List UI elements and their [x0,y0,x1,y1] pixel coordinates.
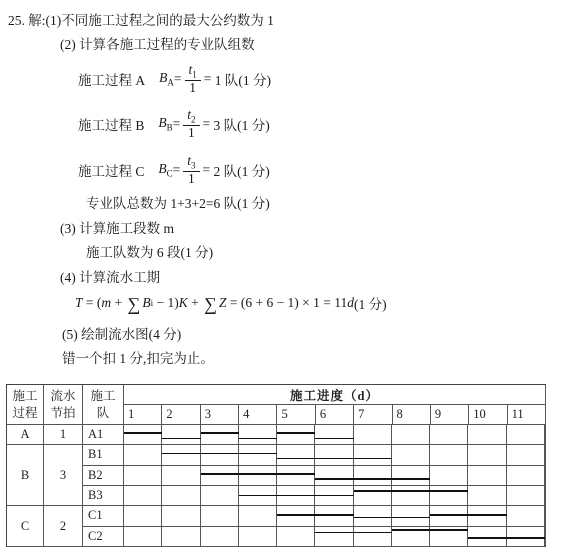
day-cell [392,466,430,485]
day-cell [507,425,545,444]
gantt-bar [392,529,469,531]
total-crews-line: 专业队总数为 1+3+2=6 队(1 分) [86,192,270,212]
day-cell [124,445,162,464]
crew-cell: A1 [83,425,124,445]
sum-symbol: ∑ [128,295,141,313]
gantt-bar [239,438,277,440]
schedule-table: 施工 过程 流水 节拍 施工 队 施工进度（d） 1234567891011A1… [6,384,546,547]
process-b-result-text: 3 队(1 分) [214,114,270,134]
var-K: K [179,295,188,311]
day-cell [507,445,545,464]
header-text: 节拍 [50,405,75,421]
header-text: 队 [97,405,110,421]
process-b-label: 施工过程 B [78,114,144,134]
day-header: 7 [354,405,392,425]
day-cell [201,445,239,464]
solution-intro-line: 25. 解:(1)不同施工过程之间的最大公约数为 1 [8,9,274,29]
step4-title: (4) 计算流水工期 [60,266,160,286]
fraction: t31 [183,154,199,186]
crew-cell: B1 [83,445,124,465]
day-cell [468,506,506,525]
day-cell [430,466,468,485]
gantt-bar [239,495,354,497]
step5-title: (5) 绘制流水图(4 分) [62,323,181,343]
fraction: t11 [185,63,201,95]
header-text: 流水 [50,388,75,404]
day-cell [277,425,315,444]
crew-cell: C2 [83,527,124,547]
day-cell [354,466,392,485]
day-cell [162,445,200,464]
process-c-result-text: 2 队(1 分) [214,160,270,180]
header-tempo-column: 流水 节拍 [44,385,83,425]
day-cell [201,425,239,444]
step3-title: (3) 计算施工段数 m [60,217,174,237]
day-header: 8 [393,405,431,425]
day-cell [201,527,239,546]
day-header: 9 [431,405,469,425]
gantt-bar [124,432,162,434]
day-cell [468,425,506,444]
day-header: 2 [162,405,200,425]
day-cell [507,527,545,546]
day-cell [315,506,353,525]
process-cell: C [7,506,44,547]
day-cell [468,466,506,485]
var-T: T [75,295,83,311]
process-a-bsym: BA [159,70,174,88]
formula-text: + [111,295,125,311]
equals-sign: = [173,116,181,132]
process-a-label: 施工过程 A [78,69,145,89]
tempo-cell: 1 [44,425,83,445]
day-cell [392,425,430,444]
header-text: 施工 [90,388,115,404]
formula-score: (1 分) [354,293,387,313]
day-cell [201,466,239,485]
equals-sign: = [204,71,212,87]
day-cell [239,466,277,485]
header-text: 施工 [12,388,37,404]
day-cell [430,445,468,464]
day-cell [315,527,353,546]
day-header: 5 [277,405,315,425]
day-cell [124,425,162,444]
gantt-bar [162,453,277,455]
fraction-denominator: 1 [188,126,195,140]
process-c-formula: 施工过程 C BC = t31 = 2 队(1 分) [78,151,270,189]
day-cell [124,527,162,546]
gantt-bar [430,514,507,516]
day-header: 4 [239,405,277,425]
day-cell [277,466,315,485]
gantt-bar [277,514,354,516]
header-progress: 施工进度（d） [124,385,546,405]
schedule-row [124,425,546,445]
crew-cell: B2 [83,466,124,486]
fraction-numerator: t1 [185,63,201,81]
gantt-bar [354,517,431,519]
tempo-cell: 3 [44,445,83,506]
fraction-numerator: t3 [183,154,199,172]
process-cell: B [7,445,44,506]
header-text: 过程 [12,405,37,421]
gantt-bar [315,532,392,534]
day-cell [507,486,545,505]
day-cell [468,445,506,464]
fraction: t21 [183,108,199,140]
day-cell [162,506,200,525]
day-cell [124,466,162,485]
day-cell [239,425,277,444]
day-cell [354,425,392,444]
gantt-bar [201,432,239,434]
day-cell [430,486,468,505]
duration-formula: T = (m + ∑Bi − 1)K + ∑Z = (6 + 6 − 1) × … [75,291,387,315]
crew-cell: C1 [83,506,124,526]
day-cell [201,506,239,525]
day-cell [124,506,162,525]
process-b-formula: 施工过程 B BB = t21 = 3 队(1 分) [78,105,270,143]
day-header: 1 [124,405,162,425]
segments-line: 施工队数为 6 段(1 分) [86,241,213,261]
formula-text: = (6 + 6 − 1) × 1 = 11 [226,295,347,311]
process-b-bsym: BB [158,115,172,133]
day-cell [162,486,200,505]
day-cell [392,486,430,505]
var-d: d [347,295,354,311]
gantt-bar [354,490,469,492]
day-cell [507,506,545,525]
fraction-denominator: 1 [188,172,195,186]
day-cell [354,486,392,505]
process-a-result-text: 1 队(1 分) [215,69,271,89]
day-header: 6 [316,405,354,425]
equals-sign: = [203,116,211,132]
sum-symbol: ∑ [204,295,217,313]
day-cell [277,527,315,546]
gantt-bar [277,458,392,460]
crew-cell: B3 [83,486,124,506]
fraction-numerator: t2 [183,108,199,126]
day-cell [162,527,200,546]
schedule-row [124,486,546,506]
var-m: m [101,295,111,311]
day-cell [430,506,468,525]
var-B: B [142,295,150,311]
day-cell [239,506,277,525]
equals-sign: = [173,162,181,178]
formula-text: = ( [83,295,102,311]
formula-text: + [188,295,202,311]
day-cell [315,466,353,485]
header-process-column: 施工 过程 [7,385,44,425]
equals-sign: = [174,71,182,87]
process-c-label: 施工过程 C [78,160,144,180]
gantt-bar [315,478,430,480]
day-cell [315,425,353,444]
header-crew-column: 施工 队 [83,385,124,425]
process-cell: A [7,425,44,445]
var-Z: Z [219,295,227,311]
day-cell [162,466,200,485]
day-cell [124,486,162,505]
day-cell [239,527,277,546]
process-a-formula: 施工过程 A BA = t11 = 1 队(1 分) [78,60,271,98]
day-cell [315,445,353,464]
day-cell [201,486,239,505]
step2-title: (2) 计算各施工过程的专业队组数 [60,33,255,53]
gantt-bar [162,438,200,440]
day-cell [277,445,315,464]
day-cell [239,445,277,464]
day-cell [354,445,392,464]
day-cell [468,486,506,505]
gantt-bar [201,473,316,475]
day-cell [354,527,392,546]
day-header: 10 [469,405,507,425]
equals-sign: = [203,162,211,178]
process-c-bsym: BC [158,161,172,179]
day-cell [468,527,506,546]
gantt-bar [277,432,315,434]
gantt-bar [315,438,353,440]
tempo-cell: 2 [44,506,83,547]
schedule-row [124,506,546,526]
grading-note: 错一个扣 1 分,扣完为止。 [62,347,214,367]
schedule-row [124,527,546,547]
schedule-row [124,445,546,465]
day-cell [430,425,468,444]
gantt-bar [468,537,545,539]
day-cell [392,445,430,464]
schedule-row [124,466,546,486]
fraction-denominator: 1 [189,81,196,95]
day-header: 3 [201,405,239,425]
formula-text: − 1) [153,295,179,311]
day-cell [507,466,545,485]
day-cell [277,506,315,525]
day-header: 11 [508,405,546,425]
day-cell [162,425,200,444]
